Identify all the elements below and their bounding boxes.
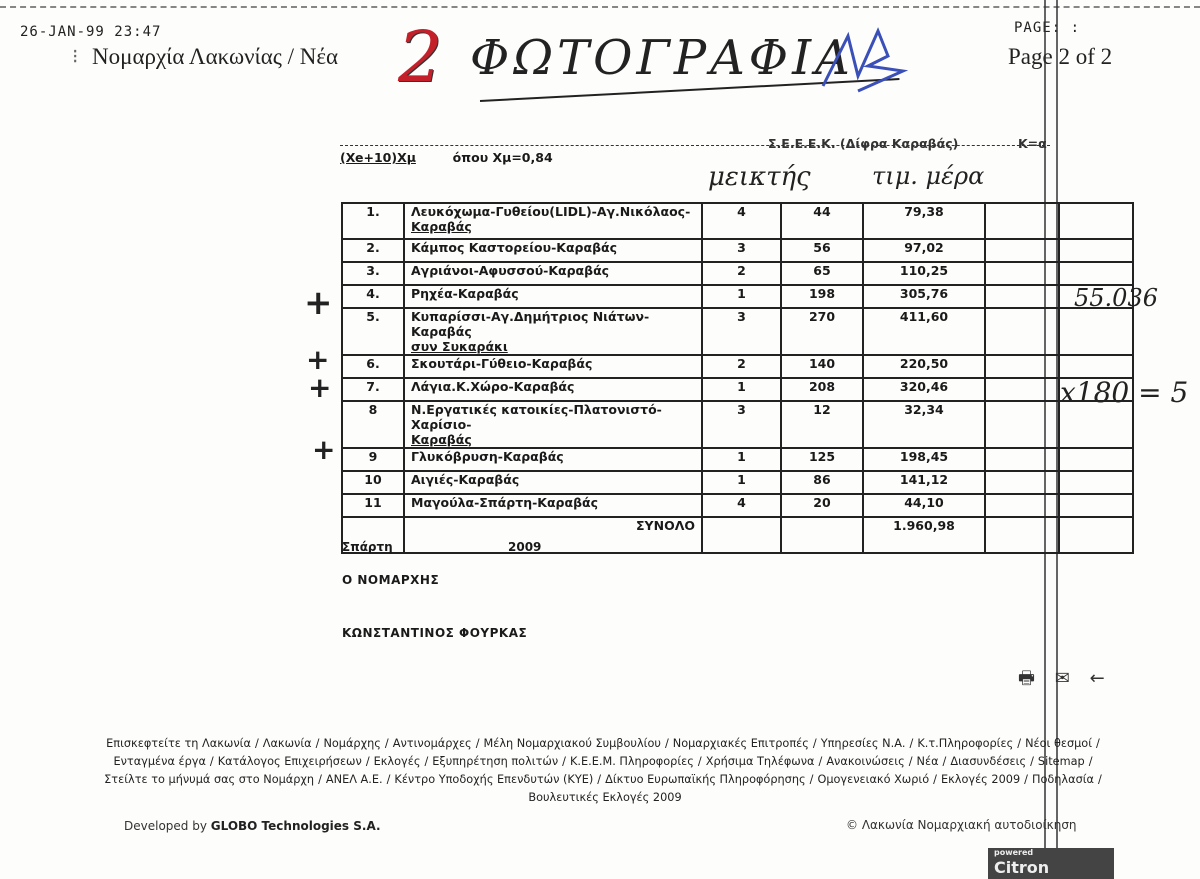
fax-top-border: [0, 6, 1200, 8]
cell-c5: [1059, 494, 1133, 517]
page-indicator: Page 2 of 2: [1008, 44, 1112, 70]
cell-c2: 140: [781, 355, 863, 378]
handwritten-plus-mark: +: [308, 374, 331, 402]
cell-empty: [702, 517, 781, 553]
route-name: Κυπαρίσσι-Αγ.Δημήτριος Νιάτων-Καραβάς: [411, 309, 649, 339]
link-separator: /: [1024, 773, 1028, 786]
footer-link[interactable]: Ομογενειακό Χωριό: [817, 773, 929, 786]
footer-nav-links: Επισκεφτείτε τη Λακωνία/Λακωνία/Νομάρχης…: [100, 735, 1110, 807]
footer-link[interactable]: Εκλογές: [374, 755, 421, 768]
developer-prefix: Developed by: [124, 819, 207, 833]
cell-c5: [1059, 239, 1133, 262]
cell-c2: 198: [781, 285, 863, 308]
link-separator: /: [910, 737, 914, 750]
cell-c4: [985, 401, 1059, 448]
footer-link[interactable]: Ανακοινώσεις: [826, 755, 904, 768]
cell-route: Κυπαρίσσι-Αγ.Δημήτριος Νιάτων-Καραβάςσυν…: [404, 308, 702, 355]
footer-link[interactable]: Βουλευτικές Εκλογές 2009: [528, 791, 681, 804]
formula-where: όπου Xμ=0,84: [453, 150, 553, 165]
link-separator: /: [909, 755, 913, 768]
cell-c4: [985, 378, 1059, 401]
cell-c5: [1059, 471, 1133, 494]
cell-no: 10: [342, 471, 404, 494]
cell-c4: [985, 471, 1059, 494]
footer-link[interactable]: Χρήσιμα Τηλέφωνα: [706, 755, 815, 768]
link-separator: /: [1089, 755, 1093, 768]
footer-link[interactable]: Μέλη Νομαρχιακού Συμβουλίου: [484, 737, 661, 750]
cell-c3: 305,76: [863, 285, 985, 308]
table-row: 5.Κυπαρίσσι-Αγ.Δημήτριος Νιάτων-Καραβάςσ…: [342, 308, 1133, 355]
cell-no: 6.: [342, 355, 404, 378]
link-separator: /: [210, 755, 214, 768]
powered-by-badge[interactable]: powered Citron: [988, 848, 1114, 879]
link-separator: /: [387, 773, 391, 786]
table-row: 11Μαγούλα-Σπάρτη-Καραβάς42044,10: [342, 494, 1133, 517]
cell-no: 1.: [342, 203, 404, 239]
cell-c3: 44,10: [863, 494, 985, 517]
link-separator: /: [1098, 773, 1102, 786]
badge-small-text: powered: [994, 848, 1114, 858]
cell-empty: [781, 517, 863, 553]
cell-empty: [985, 517, 1059, 553]
footer-link[interactable]: Αντινομάρχες: [393, 737, 472, 750]
table-row: 2.Κάμπος Καστορείου-Καραβάς35697,02: [342, 239, 1133, 262]
route-name: Σκουτάρι-Γύθειο-Καραβάς: [411, 356, 592, 371]
cell-c2: 270: [781, 308, 863, 355]
handwritten-red-number: 2: [398, 22, 443, 92]
cell-c2: 65: [781, 262, 863, 285]
footer-link[interactable]: Νομάρχης: [323, 737, 380, 750]
table-row: 7.Λάγια.Κ.Χώρο-Καραβάς1208320,46: [342, 378, 1133, 401]
footer-link[interactable]: Ενταγμένα έργα: [113, 755, 205, 768]
cell-c3: 32,34: [863, 401, 985, 448]
badge-text: Citron: [994, 858, 1049, 877]
total-label: ΣΥΝΟΛΟ: [404, 517, 702, 553]
cell-no: 9: [342, 448, 404, 471]
cell-c3: 411,60: [863, 308, 985, 355]
route-name-continued: συν Συκαράκι: [411, 339, 695, 354]
cell-c1: 2: [702, 262, 781, 285]
route-name: Αγριάνοι-Αφυσσού-Καραβάς: [411, 263, 609, 278]
link-separator: /: [597, 773, 601, 786]
cell-c3: 79,38: [863, 203, 985, 239]
routes-table: 1.Λευκόχωμα-Γυθείου(LIDL)-Αγ.Νικόλαος-Κα…: [341, 202, 1134, 554]
footer-link[interactable]: Νέα: [917, 755, 939, 768]
cell-c1: 2: [702, 355, 781, 378]
formula: (Xe+10)Xμ όπου Xμ=0,84: [340, 150, 553, 165]
cell-no: 8: [342, 401, 404, 448]
link-separator: /: [665, 737, 669, 750]
k-label: K=α: [1018, 136, 1047, 151]
handwritten-right-note-1: 55.036: [1074, 284, 1158, 312]
route-name-continued: Καραβάς: [411, 432, 695, 447]
route-name: Λευκόχωμα-Γυθείου(LIDL)-Αγ.Νικόλαος-: [411, 204, 690, 219]
footer-link[interactable]: Δίκτυο Ευρωπαϊκής Πληροφόρησης: [605, 773, 806, 786]
handwritten-title: ΦΩΤΟΓΡΑΦΙΑ: [470, 34, 854, 82]
total-row: ΣΥΝΟΛΟ1.960,98: [342, 517, 1133, 553]
cell-c1: 1: [702, 378, 781, 401]
cell-route: Κάμπος Καστορείου-Καραβάς: [404, 239, 702, 262]
footer-link[interactable]: Διασυνδέσεις: [950, 755, 1026, 768]
cell-c2: 208: [781, 378, 863, 401]
developer-credit: Developed by GLOBO Technologies S.A.: [124, 819, 381, 833]
link-separator: /: [1030, 755, 1034, 768]
link-separator: /: [813, 737, 817, 750]
link-separator: /: [562, 755, 566, 768]
footer-link[interactable]: Ποδηλασία: [1032, 773, 1094, 786]
cell-c4: [985, 355, 1059, 378]
cell-no: 2.: [342, 239, 404, 262]
cell-c2: 44: [781, 203, 863, 239]
signature-city: Σπάρτη: [342, 540, 393, 554]
cell-c2: 86: [781, 471, 863, 494]
developer-link[interactable]: GLOBO Technologies S.A.: [211, 819, 381, 833]
route-name: Μαγούλα-Σπάρτη-Καραβάς: [411, 495, 598, 510]
cell-route: Λάγια.Κ.Χώρο-Καραβάς: [404, 378, 702, 401]
footer-link[interactable]: Λακωνία: [263, 737, 312, 750]
cell-c4: [985, 494, 1059, 517]
total-value: 1.960,98: [863, 517, 985, 553]
route-name: Αιγιές-Καραβάς: [411, 472, 519, 487]
cell-c1: 3: [702, 401, 781, 448]
link-separator: /: [424, 755, 428, 768]
link-separator: /: [943, 755, 947, 768]
cell-c5: [1059, 355, 1133, 378]
cell-c2: 56: [781, 239, 863, 262]
blue-scribble-icon: [818, 26, 908, 96]
copyright: © Λακωνία Νομαρχιακή αυτοδιοίκηση: [846, 818, 1077, 832]
cell-c2: 12: [781, 401, 863, 448]
cell-c3: 97,02: [863, 239, 985, 262]
cell-c1: 1: [702, 285, 781, 308]
footer-link[interactable]: Νομαρχιακές Επιτροπές: [673, 737, 809, 750]
dotted-divider: ⁝: [72, 44, 78, 69]
cell-route: Ν.Εργατικές κατοικίες-Πλατονιστό-Χαρίσιο…: [404, 401, 702, 448]
cell-c1: 1: [702, 448, 781, 471]
cell-c4: [985, 448, 1059, 471]
table-row: 6.Σκουτάρι-Γύθειο-Καραβάς2140220,50: [342, 355, 1133, 378]
link-separator: /: [1017, 737, 1021, 750]
footer-link[interactable]: ΑΝΕΛ Α.Ε.: [326, 773, 383, 786]
route-name: Γλυκόβρυση-Καραβάς: [411, 449, 564, 464]
table-row: 4.Ρηχέα-Καραβάς1198305,76: [342, 285, 1133, 308]
cell-c2: 125: [781, 448, 863, 471]
handwritten-column-note-2: τιμ. μέρα: [872, 162, 984, 190]
handwritten-column-note-1: μεικτής: [708, 162, 811, 192]
link-separator: /: [385, 737, 389, 750]
table-row: 3.Αγριάνοι-Αφυσσού-Καραβάς265110,25: [342, 262, 1133, 285]
cell-route: Λευκόχωμα-Γυθείου(LIDL)-Αγ.Νικόλαος-Καρα…: [404, 203, 702, 239]
handwritten-right-note-2: x180 = 5: [1060, 376, 1188, 409]
table-row: 9Γλυκόβρυση-Καραβάς1125198,45: [342, 448, 1133, 471]
cell-no: 4.: [342, 285, 404, 308]
cell-c4: [985, 262, 1059, 285]
email-icon[interactable]: ✉: [1055, 668, 1070, 689]
footer-link[interactable]: Υπηρεσίες Ν.Α.: [821, 737, 906, 750]
cell-c4: [985, 203, 1059, 239]
footer-link[interactable]: Στείλτε το μήνυμά σας στο Νομάρχη: [104, 773, 314, 786]
cell-c1: 4: [702, 203, 781, 239]
fax-timestamp: 26-JAN-99 23:47: [20, 24, 161, 40]
cell-c4: [985, 285, 1059, 308]
cell-c5: [1059, 308, 1133, 355]
handwritten-plus-mark: +: [306, 346, 329, 374]
table-row: 1.Λευκόχωμα-Γυθείου(LIDL)-Αγ.Νικόλαος-Κα…: [342, 203, 1133, 239]
site-title: ⁝ Νομαρχία Λακωνίας / Νέα: [92, 44, 338, 70]
cell-no: 5.: [342, 308, 404, 355]
cell-empty: [1059, 517, 1133, 553]
table-row: 8Ν.Εργατικές κατοικίες-Πλατονιστό-Χαρίσι…: [342, 401, 1133, 448]
cell-no: 3.: [342, 262, 404, 285]
cell-c4: [985, 239, 1059, 262]
agency-label: Σ.Ε.Ε.Ε.Κ. (Δίφρα Καραβάς): [768, 136, 958, 151]
cell-c4: [985, 308, 1059, 355]
cell-c3: 110,25: [863, 262, 985, 285]
cell-c3: 320,46: [863, 378, 985, 401]
signature-name: ΚΩΝΣΤΑΝΤΙΝΟΣ ΦΟΥΡΚΑΣ: [342, 626, 527, 640]
cell-route: Μαγούλα-Σπάρτη-Καραβάς: [404, 494, 702, 517]
arrow-left-icon[interactable]: ←: [1090, 668, 1105, 689]
signature-role: Ο ΝΟΜΑΡΧΗΣ: [342, 573, 439, 587]
footer-link[interactable]: Εκλογές 2009: [941, 773, 1020, 786]
cell-c3: 198,45: [863, 448, 985, 471]
link-separator: /: [698, 755, 702, 768]
cell-c3: 220,50: [863, 355, 985, 378]
footer-link[interactable]: Sitemap: [1038, 755, 1085, 768]
footer-link[interactable]: Κ.Ε.Ε.Μ. Πληροφορίες: [570, 755, 694, 768]
link-separator: /: [318, 773, 322, 786]
cell-no: 7.: [342, 378, 404, 401]
cell-c1: 1: [702, 471, 781, 494]
link-separator: /: [316, 737, 320, 750]
table-row: 10Αιγιές-Καραβάς186141,12: [342, 471, 1133, 494]
link-separator: /: [933, 773, 937, 786]
cell-route: Σκουτάρι-Γύθειο-Καραβάς: [404, 355, 702, 378]
link-separator: /: [810, 773, 814, 786]
footer-link[interactable]: Εξυπηρέτηση πολιτών: [432, 755, 558, 768]
cell-c2: 20: [781, 494, 863, 517]
formula-expression: (Xe+10)Xμ: [340, 150, 416, 165]
cell-c1: 3: [702, 308, 781, 355]
link-separator: /: [476, 737, 480, 750]
link-separator: /: [366, 755, 370, 768]
footer-link[interactable]: Κατάλογος Επιχειρήσεων: [218, 755, 362, 768]
route-name: Ν.Εργατικές κατοικίες-Πλατονιστό-Χαρίσιο…: [411, 402, 662, 432]
footer-link[interactable]: Επισκεφτείτε τη Λακωνία: [106, 737, 251, 750]
link-separator: /: [1096, 737, 1100, 750]
footer-link[interactable]: Κέντρο Υποδοχής Επενδυτών (ΚΥΕ): [394, 773, 593, 786]
handwritten-plus-mark: +: [304, 286, 333, 320]
cell-route: Αιγιές-Καραβάς: [404, 471, 702, 494]
link-separator: /: [255, 737, 259, 750]
footer-link[interactable]: Νέοι θεσμοί: [1025, 737, 1092, 750]
signature-year: 2009: [508, 540, 541, 554]
route-name: Λάγια.Κ.Χώρο-Καραβάς: [411, 379, 574, 394]
cell-route: Ρηχέα-Καραβάς: [404, 285, 702, 308]
handwritten-plus-mark: +: [312, 436, 335, 464]
cell-c5: [1059, 262, 1133, 285]
cell-route: Αγριάνοι-Αφυσσού-Καραβάς: [404, 262, 702, 285]
cell-c3: 141,12: [863, 471, 985, 494]
cell-c5: [1059, 203, 1133, 239]
printer-icon[interactable]: 🖶: [1018, 668, 1035, 689]
route-name-continued: Καραβάς: [411, 219, 695, 234]
page-toolbar: 🖶 ✉ ←: [1018, 666, 1119, 696]
cell-c1: 3: [702, 239, 781, 262]
route-name: Ρηχέα-Καραβάς: [411, 286, 519, 301]
route-name: Κάμπος Καστορείου-Καραβάς: [411, 240, 617, 255]
site-title-text: Νομαρχία Λακωνίας / Νέα: [92, 44, 338, 69]
link-separator: /: [819, 755, 823, 768]
cell-no: 11: [342, 494, 404, 517]
cell-route: Γλυκόβρυση-Καραβάς: [404, 448, 702, 471]
footer-link[interactable]: Κ.τ.Πληροφορίες: [917, 737, 1013, 750]
cell-c1: 4: [702, 494, 781, 517]
cell-c5: [1059, 448, 1133, 471]
